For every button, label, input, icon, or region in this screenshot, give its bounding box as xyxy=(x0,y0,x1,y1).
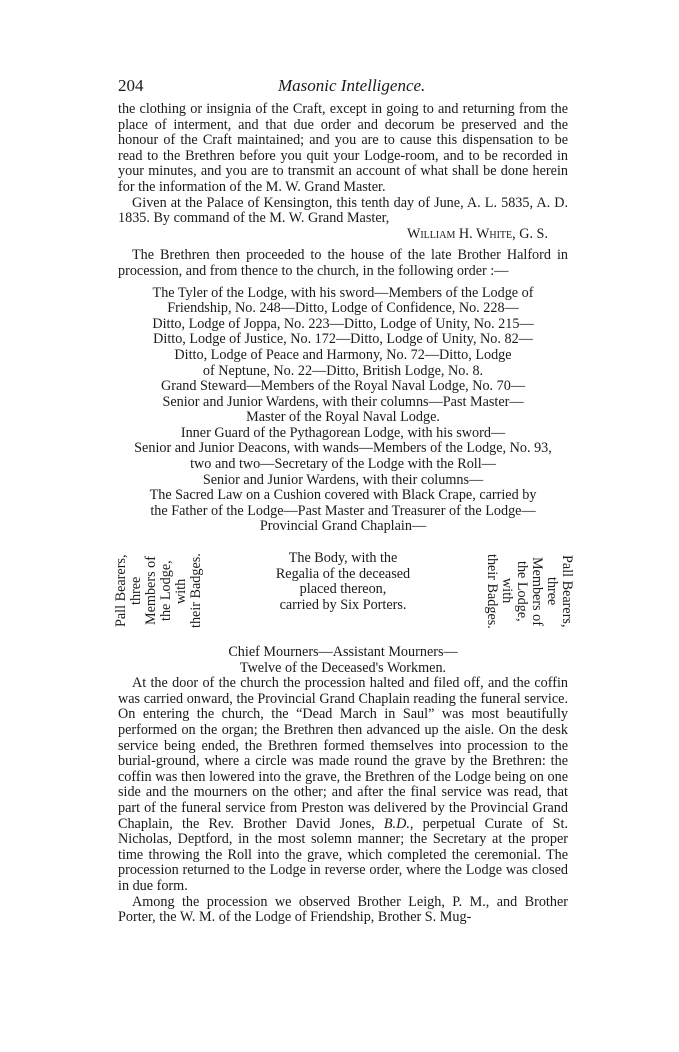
church-paragraph: At the door of the church the procession… xyxy=(118,676,568,894)
final-paragraph: Among the procession we observed Brother… xyxy=(118,895,568,926)
page-number: 204 xyxy=(118,76,144,96)
procession-line: The Tyler of the Lodge, with his sword—M… xyxy=(118,286,568,302)
pall-bearers-right-line: Members of xyxy=(529,541,544,641)
procession-line: The Sacred Law on a Cushion covered with… xyxy=(118,488,568,504)
procession-line: Master of the Royal Naval Lodge. xyxy=(118,410,568,426)
procession-line: Ditto, Lodge of Peace and Harmony, No. 7… xyxy=(118,348,568,364)
pall-bearers-left-line: their Badges. xyxy=(189,541,204,641)
procession-line: Senior and Junior Wardens, with their co… xyxy=(118,473,568,489)
pall-bearers-left-line: Members of xyxy=(144,541,159,641)
pall-bearers-right: Pall Bearers, three Members of the Lodge… xyxy=(484,541,574,641)
procession-order: The Tyler of the Lodge, with his sword—M… xyxy=(118,286,568,536)
signature: William H. White, G. S. xyxy=(118,227,568,243)
pall-bearers-left-line: three xyxy=(129,541,144,641)
church-paragraph-text-a: At the door of the church the procession… xyxy=(118,675,568,831)
procession-line: two and two—Secretary of the Lodge with … xyxy=(118,457,568,473)
procession-line: the Father of the Lodge—Past Master and … xyxy=(118,504,568,520)
procession-line: Ditto, Lodge of Justice, No. 172—Ditto, … xyxy=(118,332,568,348)
running-head: 204 Masonic Intelligence. xyxy=(118,76,568,102)
pall-bearers-right-line: three xyxy=(544,541,559,641)
body-description-line: The Body, with the xyxy=(228,551,458,567)
body-description-line: Regalia of the deceased xyxy=(228,567,458,583)
given-paragraph: Given at the Palace of Kensington, this … xyxy=(118,196,568,227)
bier-arrangement: Pall Bearers, three Members of the Lodge… xyxy=(118,541,568,641)
pall-bearers-left: Pall Bearers, three Members of the Lodge… xyxy=(114,541,204,641)
procession-line: Senior and Junior Wardens, with their co… xyxy=(118,395,568,411)
mourners-line: Twelve of the Deceased's Workmen. xyxy=(118,661,568,677)
mourners: Chief Mourners—Assistant Mourners— Twelv… xyxy=(118,645,568,676)
procession-line: Ditto, Lodge of Joppa, No. 223—Ditto, Lo… xyxy=(118,317,568,333)
body-description-line: carried by Six Porters. xyxy=(228,598,458,614)
pall-bearers-left-line: the Lodge, xyxy=(159,541,174,641)
dispensation-paragraph: the clothing or insignia of the Craft, e… xyxy=(118,102,568,196)
pall-bearers-left-line: with xyxy=(174,541,189,641)
pall-bearers-right-line: their Badges. xyxy=(484,541,499,641)
procession-intro: The Brethren then proceeded to the house… xyxy=(118,248,568,279)
pall-bearers-left-line: Pall Bearers, xyxy=(114,541,129,641)
body-description: The Body, with the Regalia of the deceas… xyxy=(228,551,458,613)
procession-line: of Neptune, No. 22—Ditto, British Lodge,… xyxy=(118,364,568,380)
pall-bearers-right-line: Pall Bearers, xyxy=(559,541,574,641)
pall-bearers-right-line: with xyxy=(499,541,514,641)
procession-line: Inner Guard of the Pythagorean Lodge, wi… xyxy=(118,426,568,442)
running-title: Masonic Intelligence. xyxy=(278,76,425,96)
book-page: 204 Masonic Intelligence. the clothing o… xyxy=(118,76,568,926)
procession-line: Grand Steward—Members of the Royal Naval… xyxy=(118,379,568,395)
procession-line: Friendship, No. 248—Ditto, Lodge of Conf… xyxy=(118,301,568,317)
procession-line: Senior and Junior Deacons, with wands—Me… xyxy=(118,441,568,457)
degree-abbreviation: B.D. xyxy=(384,816,410,832)
body-description-line: placed thereon, xyxy=(228,582,458,598)
procession-line: Provincial Grand Chaplain— xyxy=(118,519,568,535)
mourners-line: Chief Mourners—Assistant Mourners— xyxy=(118,645,568,661)
pall-bearers-right-line: the Lodge, xyxy=(514,541,529,641)
